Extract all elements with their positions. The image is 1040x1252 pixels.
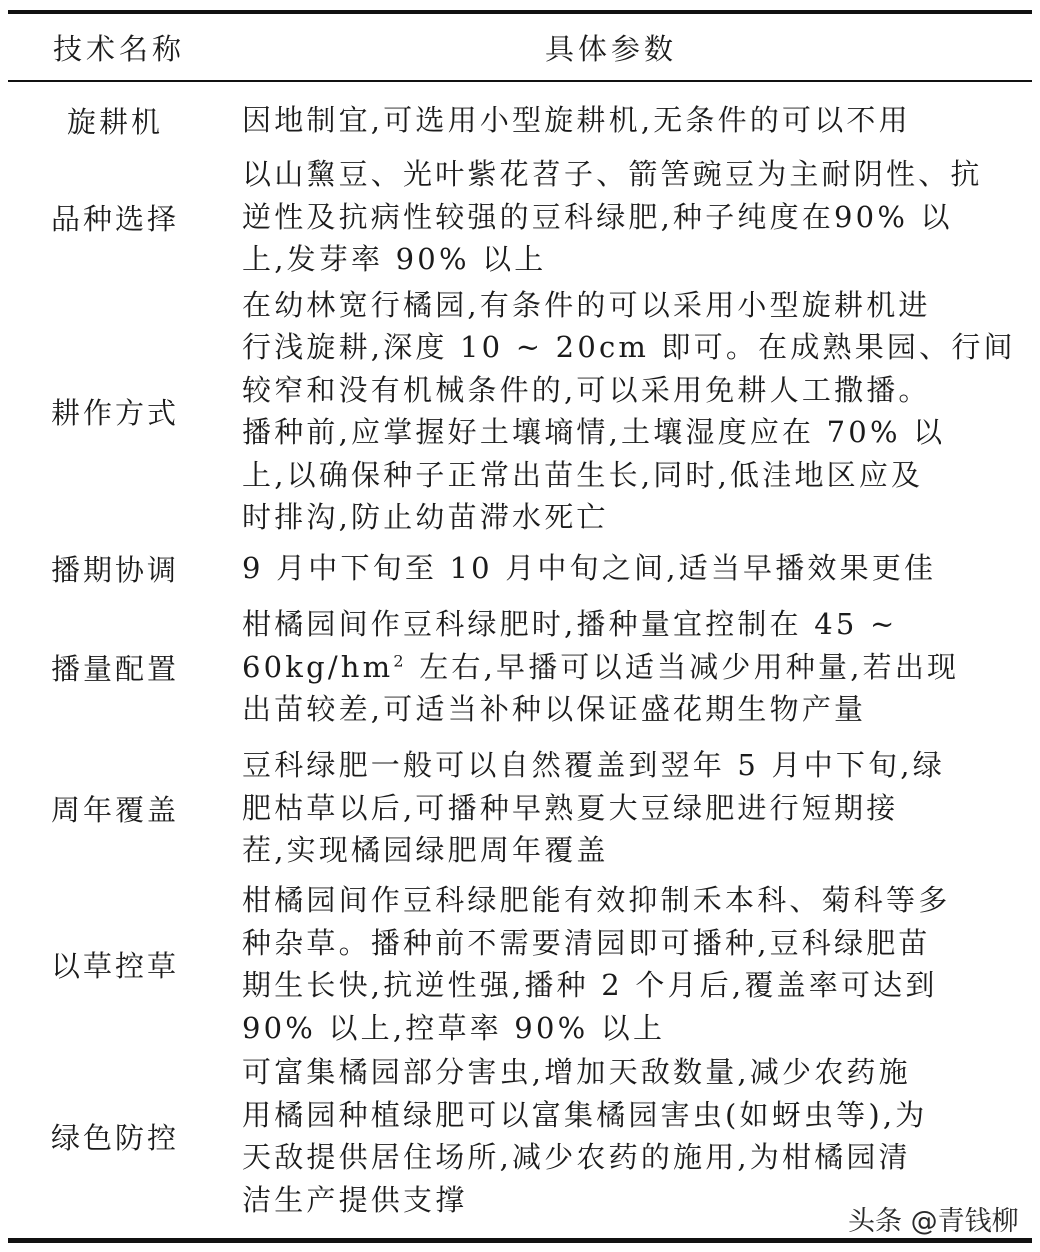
row-label: 品种选择 — [8, 197, 230, 238]
table-row: 以草控草 柑橘园间作豆科绿肥能有效抑制禾本科、菊科等多 种杂草。播种前不需要清园… — [8, 878, 1032, 1050]
content-line-rest: 左右,早播可以适当减少用种量,若出现 — [407, 650, 959, 684]
content-line: 较窄和没有机械条件的,可以采用免耕人工撒播。 — [242, 369, 1016, 412]
content-line: 上,发芽率 90% 以上 — [242, 238, 1010, 281]
row-content: 柑橘园间作豆科绿肥时,播种量宜控制在 45 ~ 60kg/hm2 左右,早播可以… — [230, 603, 1032, 731]
content-line: 可富集橘园部分害虫,增加天敌数量,减少农药施 — [242, 1051, 1010, 1094]
content-line: 茬,实现橘园绿肥周年覆盖 — [242, 829, 1010, 872]
content-line: 出苗较差,可适当补种以保证盛花期生物产量 — [242, 688, 1010, 731]
content-line: 因地制宜,可选用小型旋耕机,无条件的可以不用 — [242, 99, 1010, 142]
table-row: 耕作方式 在幼林宽行橘园,有条件的可以采用小型旋耕机进 行浅旋耕,深度 10 ~… — [8, 282, 1032, 540]
row-content: 豆科绿肥一般可以自然覆盖到翌年 5 月中下旬,绿 肥枯草以后,可播种早熟夏大豆绿… — [230, 744, 1032, 872]
table-row: 品种选择 以山黧豆、光叶紫花苕子、箭筈豌豆为主耐阴性、抗 逆性及抗病性较强的豆科… — [8, 152, 1032, 282]
table-row: 播期协调 9 月中下旬至 10 月中旬之间,适当早播效果更佳 — [8, 540, 1032, 596]
content-line: 在幼林宽行橘园,有条件的可以采用小型旋耕机进 — [242, 284, 1016, 327]
row-content: 柑橘园间作豆科绿肥能有效抑制禾本科、菊科等多 种杂草。播种前不需要清园即可播种,… — [230, 879, 1032, 1049]
row-label: 周年覆盖 — [8, 788, 230, 829]
row-content: 9 月中下旬至 10 月中旬之间,适当早播效果更佳 — [230, 547, 1032, 590]
content-line: 期生长快,抗逆性强,播种 2 个月后,覆盖率可达到 — [242, 964, 1010, 1007]
content-line: 9 月中下旬至 10 月中旬之间,适当早播效果更佳 — [242, 547, 1010, 590]
table-bottom-rule — [8, 1238, 1032, 1243]
content-line: 豆科绿肥一般可以自然覆盖到翌年 5 月中下旬,绿 — [242, 744, 1010, 787]
row-label: 绿色防控 — [8, 1116, 230, 1157]
row-label: 耕作方式 — [8, 391, 230, 432]
row-label: 以草控草 — [8, 944, 230, 985]
table-row: 绿色防控 可富集橘园部分害虫,增加天敌数量,减少农药施 用橘园种植绿肥可以富集橘… — [8, 1050, 1032, 1222]
table-row: 周年覆盖 豆科绿肥一般可以自然覆盖到翌年 5 月中下旬,绿 肥枯草以后,可播种早… — [8, 738, 1032, 878]
row-label: 播量配置 — [8, 647, 230, 688]
content-line: 上,以确保种子正常出苗生长,同时,低洼地区应及 — [242, 454, 1016, 497]
row-content: 因地制宜,可选用小型旋耕机,无条件的可以不用 — [230, 99, 1032, 142]
row-content: 以山黧豆、光叶紫花苕子、箭筈豌豆为主耐阴性、抗 逆性及抗病性较强的豆科绿肥,种子… — [230, 153, 1032, 281]
technique-parameters-table: 技术名称 具体参数 旋耕机 因地制宜,可选用小型旋耕机,无条件的可以不用 品种选… — [8, 10, 1032, 1222]
row-content: 在幼林宽行橘园,有条件的可以采用小型旋耕机进 行浅旋耕,深度 10 ~ 20cm… — [230, 284, 1038, 539]
row-label: 播期协调 — [8, 548, 230, 589]
content-line: 以山黧豆、光叶紫花苕子、箭筈豌豆为主耐阴性、抗 — [242, 153, 1010, 196]
row-label: 旋耕机 — [8, 100, 230, 141]
content-line: 逆性及抗病性较强的豆科绿肥,种子纯度在90% 以 — [242, 196, 1010, 239]
watermark: 头条 @青钱柳 — [848, 1199, 1019, 1238]
unit-superscript: 2 — [393, 651, 406, 670]
content-line: 时排沟,防止幼苗滞水死亡 — [242, 496, 1016, 539]
content-line: 60kg/hm2 左右,早播可以适当减少用种量,若出现 — [242, 646, 1010, 689]
header-parameters: 具体参数 — [230, 27, 1032, 68]
header-technique-name: 技术名称 — [8, 27, 230, 68]
unit-text: 60kg/hm — [242, 650, 393, 684]
table-row: 旋耕机 因地制宜,可选用小型旋耕机,无条件的可以不用 — [8, 88, 1032, 152]
content-line: 种杂草。播种前不需要清园即可播种,豆科绿肥苗 — [242, 922, 1010, 965]
content-line: 行浅旋耕,深度 10 ~ 20cm 即可。在成熟果园、行间 — [242, 326, 1016, 369]
content-line: 90% 以上,控草率 90% 以上 — [242, 1007, 1010, 1050]
row-content: 可富集橘园部分害虫,增加天敌数量,减少农药施 用橘园种植绿肥可以富集橘园害虫(如… — [230, 1051, 1032, 1221]
table-row: 播量配置 柑橘园间作豆科绿肥时,播种量宜控制在 45 ~ 60kg/hm2 左右… — [8, 596, 1032, 738]
content-line: 天敌提供居住场所,减少农药的施用,为柑橘园清 — [242, 1136, 1010, 1179]
content-line: 播种前,应掌握好土壤墒情,土壤湿度应在 70% 以 — [242, 411, 1016, 454]
table-header-rule — [8, 80, 1032, 82]
content-line: 用橘园种植绿肥可以富集橘园害虫(如蚜虫等),为 — [242, 1094, 1010, 1137]
content-line: 柑橘园间作豆科绿肥能有效抑制禾本科、菊科等多 — [242, 879, 1010, 922]
content-line: 柑橘园间作豆科绿肥时,播种量宜控制在 45 ~ — [242, 603, 1010, 646]
table-header-row: 技术名称 具体参数 — [8, 14, 1032, 80]
content-line: 肥枯草以后,可播种早熟夏大豆绿肥进行短期接 — [242, 787, 1010, 830]
